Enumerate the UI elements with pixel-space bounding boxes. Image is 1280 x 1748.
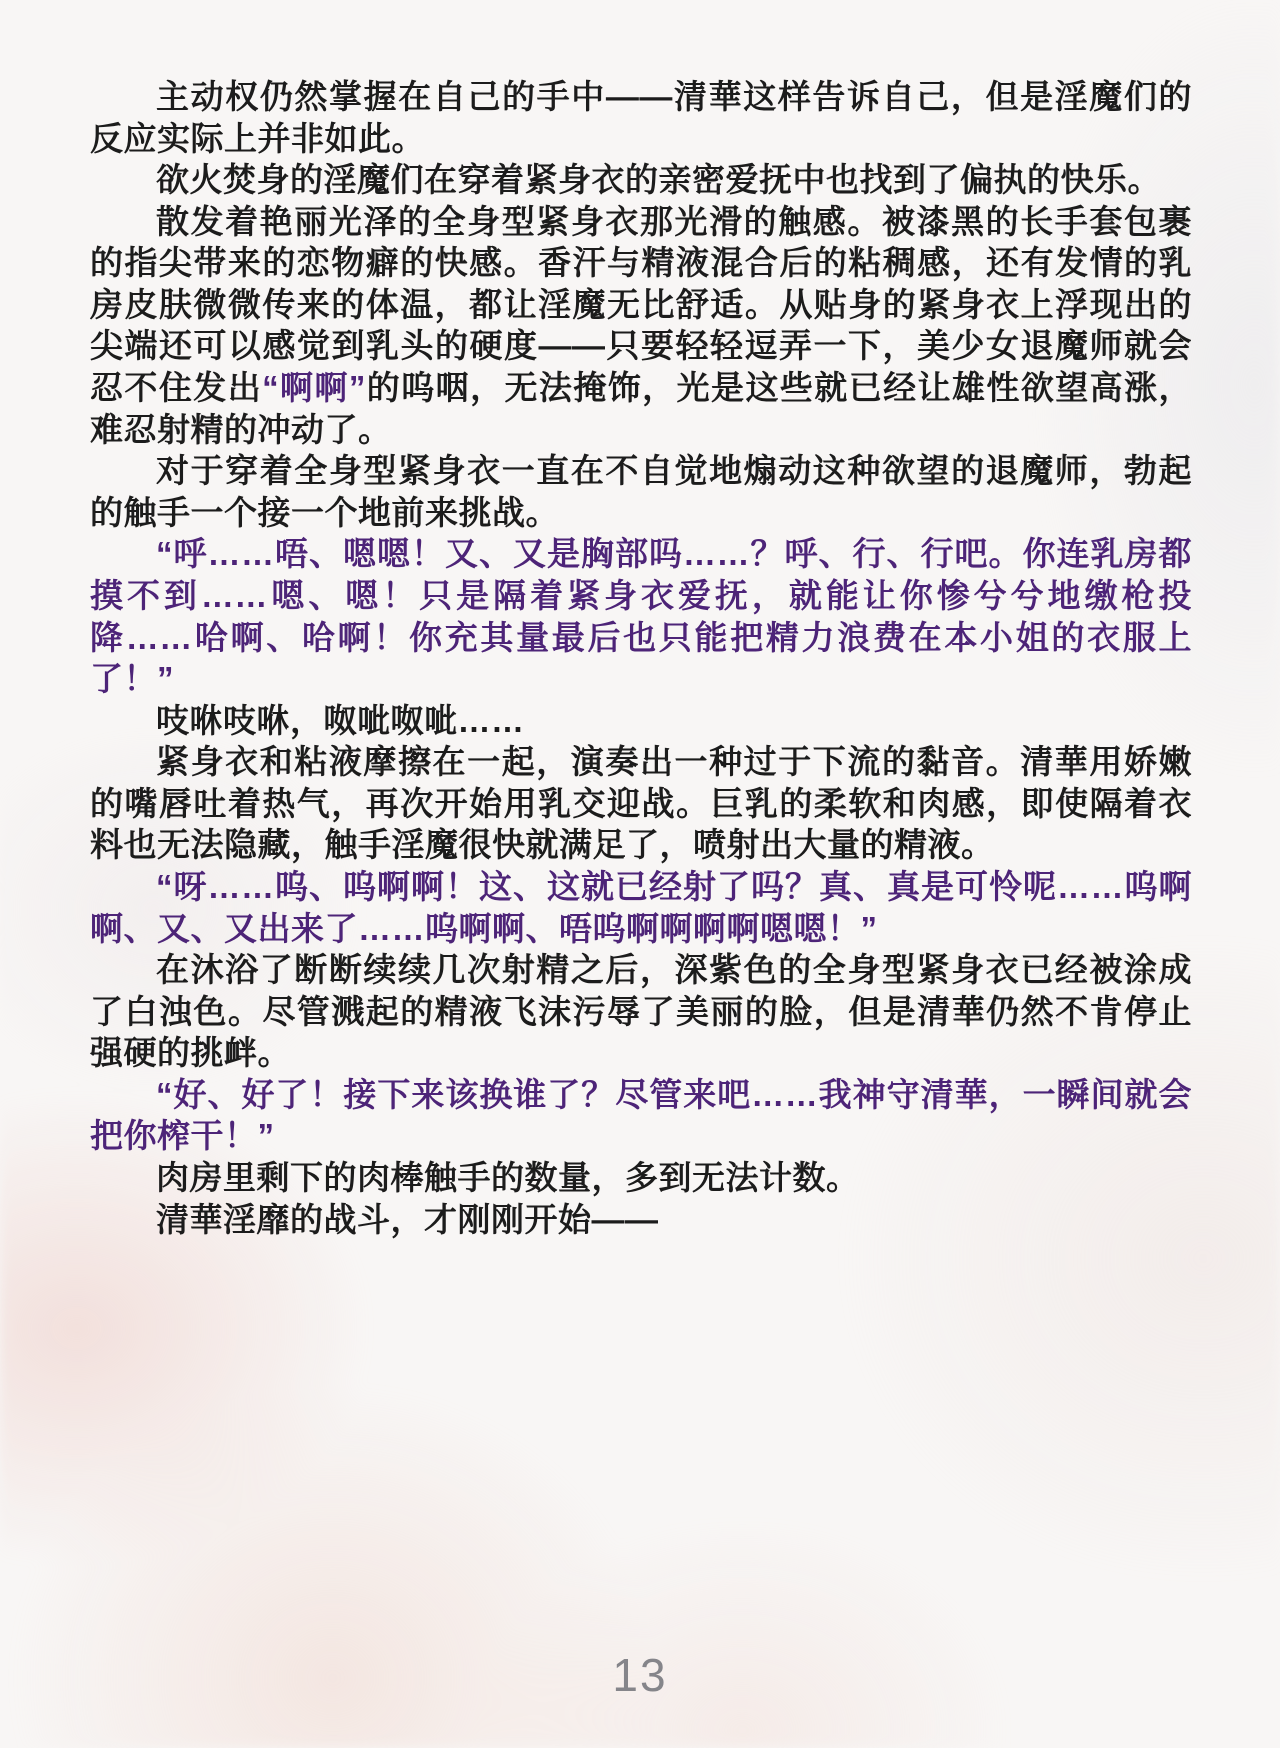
- body-text-segment: 在沐浴了断断续续几次射精之后，深紫色的全身型紧身衣已经被涂成了白浊色。尽管溅起的…: [90, 951, 1192, 1071]
- body-text-segment: 主动权仍然掌握在自己的手中——清華这样告诉自己，但是淫魔们的反应实际上并非如此。: [90, 78, 1192, 157]
- body-text-segment: 清華淫靡的战斗，才刚刚开始——: [156, 1201, 659, 1238]
- body-text-segment: 对于穿着全身型紧身衣一直在不自觉地煽动这种欲望的退魔师，勃起的触手一个接一个地前…: [90, 452, 1192, 531]
- page-number: 13: [0, 1648, 1280, 1702]
- paragraph: 欲火焚身的淫魔们在穿着紧身衣的亲密爱抚中也找到了偏执的快乐。: [90, 159, 1192, 201]
- paragraph: “好、好了！接下来该换谁了？尽管来吧……我神守清華，一瞬间就会把你榨干！”: [90, 1074, 1192, 1157]
- body-text-segment: 紧身衣和粘液摩擦在一起，演奏出一种过于下流的黏音。清華用娇嫩的嘴唇吐着热气，再次…: [90, 743, 1192, 863]
- paragraph: 吱咻吱咻，呶呲呶呲……: [90, 700, 1192, 742]
- paragraph: 散发着艳丽光泽的全身型紧身衣那光滑的触感。被漆黑的长手套包裹的指尖带来的恋物癖的…: [90, 201, 1192, 450]
- paragraph: 对于穿着全身型紧身衣一直在不自觉地煽动这种欲望的退魔师，勃起的触手一个接一个地前…: [90, 450, 1192, 533]
- paragraph: 主动权仍然掌握在自己的手中——清華这样告诉自己，但是淫魔们的反应实际上并非如此。: [90, 76, 1192, 159]
- novel-text-block: 主动权仍然掌握在自己的手中——清華这样告诉自己，但是淫魔们的反应实际上并非如此。…: [90, 76, 1192, 1240]
- dialogue-text-segment: “好、好了！接下来该换谁了？尽管来吧……我神守清華，一瞬间就会把你榨干！”: [90, 1076, 1192, 1155]
- paragraph: 紧身衣和粘液摩擦在一起，演奏出一种过于下流的黏音。清華用娇嫩的嘴唇吐着热气，再次…: [90, 741, 1192, 866]
- paragraph: 在沐浴了断断续续几次射精之后，深紫色的全身型紧身衣已经被涂成了白浊色。尽管溅起的…: [90, 949, 1192, 1074]
- paragraph: 肉房里剩下的肉棒触手的数量，多到无法计数。: [90, 1157, 1192, 1199]
- paragraph: “呀……呜、呜啊啊！这、这就已经射了吗？真、真是可怜呢……呜啊啊、又、又出来了……: [90, 866, 1192, 949]
- paragraph: “呼……唔、嗯嗯！又、又是胸部吗……？呼、行、行吧。你连乳房都摸不到……嗯、嗯！…: [90, 533, 1192, 699]
- dialogue-text-segment: “啊啊”: [262, 369, 366, 406]
- dialogue-text-segment: “呀……呜、呜啊啊！这、这就已经射了吗？真、真是可怜呢……呜啊啊、又、又出来了……: [90, 868, 1192, 947]
- body-text-segment: 吱咻吱咻，呶呲呶呲……: [156, 702, 525, 739]
- body-text-segment: 欲火焚身的淫魔们在穿着紧身衣的亲密爱抚中也找到了偏执的快乐。: [156, 161, 1161, 198]
- dialogue-text-segment: “呼……唔、嗯嗯！又、又是胸部吗……？呼、行、行吧。你连乳房都摸不到……嗯、嗯！…: [90, 535, 1192, 697]
- body-text-segment: 肉房里剩下的肉棒触手的数量，多到无法计数。: [156, 1159, 860, 1196]
- paragraph: 清華淫靡的战斗，才刚刚开始——: [90, 1199, 1192, 1241]
